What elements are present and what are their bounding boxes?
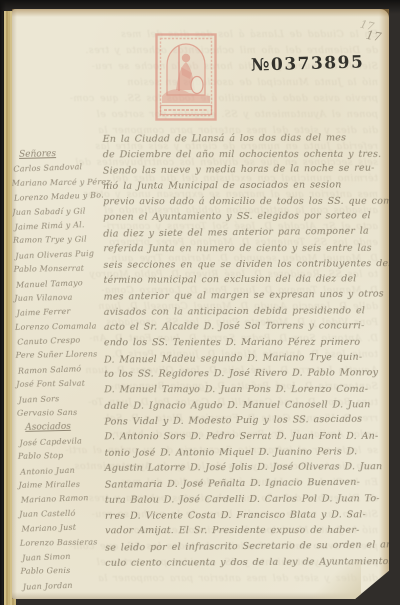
act-body-text: En la Ciudad de Llansá á los dos dias de… <box>103 132 388 573</box>
asociados-names: José CapdevilaPablo StopAntonio JuanJaim… <box>17 436 115 596</box>
manuscript-line: dia diez y siete del mes anterior para c… <box>103 226 385 245</box>
manuscript-line: En la Ciudad de Llansá á los dos dias de… <box>103 132 385 149</box>
serial-number: №0373895 <box>251 52 365 75</box>
senores-names: Carlos SandovalMariano Marcé y PérezLore… <box>11 162 111 423</box>
folio-number: 17 17 <box>356 17 390 57</box>
folio-number-dark: 17 <box>365 28 382 44</box>
manuscript-line: D. Antonio Sors D. Pedro Serrat D. Juan … <box>105 431 387 447</box>
manuscript-line: nió la Junta Municipal de asociados en s… <box>103 179 385 196</box>
attendee-list: Señores Carlos SandovalMariano Marcé y P… <box>11 148 115 596</box>
manuscript-line: culo ciento cincuenta y dos de la ley de… <box>105 556 387 573</box>
manuscript-line: referida Junta en numero de ciento y sei… <box>103 243 385 259</box>
revenue-stamp <box>155 33 217 121</box>
attendee-name: Juan Jordan <box>21 579 115 597</box>
photo-backdrop: En la Ciudad de Llansá á los dos dias de… <box>0 0 400 605</box>
document-page: En la Ciudad de Llansá á los dos dias de… <box>12 9 389 599</box>
manuscript-line: seis secciones en que se dividen los con… <box>103 258 385 275</box>
manuscript-line: previo aviso dado á domicilio de todos l… <box>103 196 385 212</box>
manuscript-line: to los SS. Regidores D. José Rivero D. P… <box>104 367 386 384</box>
manuscript-line: acto el Sr. Alcalde D. José Sol Torrens … <box>104 320 386 337</box>
manuscript-line: Pons Vidal y D. Modesto Puig y los SS. a… <box>104 414 386 433</box>
manuscript-line: tonio José D. Antonio Miquel D. Juanino … <box>105 446 387 463</box>
manuscript-line: rres D. Vicente Costa D. Francisco Blata… <box>105 509 387 526</box>
allegorical-figure-stamp-icon <box>155 33 217 121</box>
manuscript-line: endo los SS. Tenientes D. Mariano Pérez … <box>104 337 386 353</box>
manuscript-line: avisados con la anticipacion debida pres… <box>104 305 386 322</box>
manuscript-line: se leido por el infrascrito Secretario d… <box>105 539 387 558</box>
manuscript-line: tura Balou D. José Cardelli D. Carlos Po… <box>105 493 387 510</box>
manuscript-line: mes anterior que al margen se expresan u… <box>104 288 386 307</box>
manuscript-line: D. Manuel Madeu segundo D. Mariano Trye … <box>104 351 386 370</box>
manuscript-line: Santamaria D. José Peñalta D. Ignacio Bu… <box>105 477 387 496</box>
manuscript-line: D. Manuel Tamayo D. Juan Pons D. Lorenzo… <box>104 384 386 400</box>
manuscript-line: vador Amijat. El Sr. Presidente expuso d… <box>105 525 387 541</box>
attendee-name: Gervasio Sans <box>17 407 111 423</box>
